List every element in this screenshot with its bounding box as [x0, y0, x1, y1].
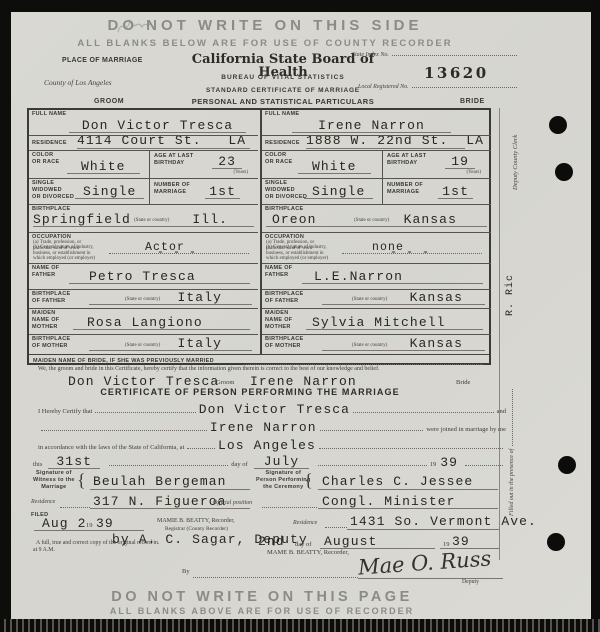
bride-occupation-row: OCCUPATION (a) Trade, profession, or par…	[262, 233, 491, 264]
fill-line	[34, 529, 144, 531]
punch-hole	[558, 456, 576, 474]
fill-line	[318, 463, 426, 466]
performer-brace: {	[304, 470, 313, 491]
particulars-table: FULL NAME Don Victor Tresca RESIDENCE 41…	[27, 108, 491, 365]
color-race-label: COLOR OR RACE	[32, 152, 59, 166]
groom-full-name-row: FULL NAME Don Victor Tresca	[29, 110, 258, 136]
fill-line	[244, 363, 483, 365]
groom-mother-row: MAIDEN NAME OF MOTHER Rosa Langiono	[29, 309, 258, 335]
fill-line	[73, 328, 250, 330]
certify-label: I Hereby Certify that	[38, 408, 92, 416]
fill-line	[187, 446, 215, 449]
groom-mother-birthplace-row: BIRTHPLACE OF MOTHER (State or country) …	[29, 335, 258, 354]
groom-signature-tag: Groom	[216, 379, 234, 387]
fill-line	[325, 526, 347, 528]
color-race-label: COLOR OR RACE	[265, 152, 292, 166]
bride-color-age-row: COLOR OR RACE White AGE AT LAST BIRTHDAY…	[262, 151, 491, 179]
fill-line	[89, 303, 252, 305]
bride-mother-birthplace-row: BIRTHPLACE OF MOTHER (State or country) …	[262, 335, 491, 354]
official-position-label: Official position	[213, 500, 252, 507]
mother-label: MAIDEN NAME OF MOTHER	[32, 310, 59, 331]
punch-hole	[549, 116, 567, 134]
state-or-country-note: (State or country)	[134, 218, 169, 224]
filled-out-vertical: Filled out in the presence of	[509, 386, 516, 516]
witness-signature-label: Signature of Witness to the Marriage	[33, 470, 75, 491]
deputy-caption: Deputy	[462, 579, 479, 586]
bottom-warning: DO NOT WRITE ON THIS PAGE	[57, 589, 467, 605]
maiden-name-label: MAIDEN NAME OF BRIDE, IF SHE WAS PREVIOU…	[33, 358, 214, 365]
fill-line	[358, 577, 503, 579]
fill-line	[302, 282, 483, 284]
recorder-residence: 1431 So. Vermont Ave.	[350, 515, 537, 528]
witness-residence-label: Residence	[31, 499, 55, 506]
groom-age: 23	[212, 155, 242, 169]
top-warning: DO NOT WRITE ON THIS SIDE	[60, 17, 470, 34]
father-label: NAME OF FATHER	[265, 265, 292, 279]
bride-column-header: BRIDE	[460, 98, 485, 107]
punch-hole	[547, 533, 565, 551]
joined-label: were joined in marriage by me	[426, 426, 506, 434]
fill-line	[322, 303, 485, 305]
recorder-name-line: MAMIE B. BEATTY, Recorder,	[157, 518, 235, 525]
by-label: By	[182, 568, 190, 576]
groom-color-age-row: COLOR OR RACE White AGE AT LAST BIRTHDAY…	[29, 151, 258, 179]
mother-birthplace-label: BIRTHPLACE OF MOTHER	[32, 336, 70, 350]
fill-line	[306, 328, 483, 330]
certificate-number: 13620	[424, 66, 489, 81]
father-label: NAME OF FATHER	[32, 265, 59, 279]
mother-birthplace-label: BIRTHPLACE OF MOTHER	[265, 336, 303, 350]
age-subcell: AGE AT LAST BIRTHDAY 23 (Years)	[149, 151, 258, 178]
fill-line	[90, 488, 250, 490]
bride-marital: Single	[304, 185, 373, 199]
groom-father-row: NAME OF FATHER Petro Tresca	[29, 264, 258, 290]
groom-marital-row: SINGLE WIDOWED OR DIVORCED Single NUMBER…	[29, 179, 258, 205]
years-note: (Years)	[234, 170, 249, 176]
joint-statement: We, the groom and bride in this Certific…	[38, 366, 380, 373]
fill-line	[318, 507, 498, 509]
fill-line	[109, 463, 228, 466]
punch-hole	[555, 163, 573, 181]
bottom-note: ALL BLANKS ABOVE ARE FOR USE OF RECORDER	[57, 606, 467, 616]
copy-day: 2nd	[258, 535, 285, 548]
bureau-line: BUREAU OF VITAL STATISTICS	[178, 74, 388, 82]
county-line: County of Los Angeles	[44, 78, 112, 87]
marital-label: SINGLE WIDOWED OR DIVORCED	[265, 180, 307, 201]
age-label: AGE AT LAST BIRTHDAY	[387, 153, 426, 167]
groom-father-birthplace-row: BIRTHPLACE OF FATHER (State or country) …	[29, 290, 258, 309]
father-birthplace-label: BIRTHPLACE OF FATHER	[32, 291, 70, 305]
bride-marriage-number: 1st	[438, 185, 473, 199]
full-name-label: FULL NAME	[265, 111, 299, 118]
fill-line	[465, 463, 503, 466]
bride-father-row: NAME OF FATHER L.E.Narron	[262, 264, 491, 290]
bride-age: 19	[445, 155, 475, 169]
marriage-year: 39	[440, 456, 458, 469]
groom-color: White	[67, 160, 140, 174]
performer-certificate-title: CERTIFICATE OF PERSON PERFORMING THE MAR…	[80, 388, 420, 397]
bride-color: White	[298, 160, 371, 174]
recorder-name-line-2: MAME B. BEATTY, Recorder,	[267, 549, 349, 557]
fill-line	[319, 446, 503, 449]
age-subcell: AGE AT LAST BIRTHDAY 19 (Years)	[382, 151, 491, 178]
bride-father-birthplace-row: BIRTHPLACE OF FATHER (State or country) …	[262, 290, 491, 309]
fill-line	[510, 389, 513, 446]
performer-name: Charles C. Jessee	[322, 475, 473, 488]
groom-column-header: GROOM	[94, 98, 124, 107]
residence-label: RESIDENCE	[32, 140, 67, 147]
margin-stamp-vertical: R. Ric	[506, 274, 516, 316]
marriage-number-subcell: NUMBER OF MARRIAGE 1st	[382, 179, 491, 204]
mother-label: MAIDEN NAME OF MOTHER	[265, 310, 292, 331]
bride-full-name-row: FULL NAME Irene Narron	[262, 110, 491, 136]
this-label: this	[33, 461, 42, 469]
years-note: (Years)	[467, 170, 482, 176]
fill-line	[262, 506, 317, 508]
residence-label: RESIDENCE	[265, 140, 300, 147]
witness-name: Beulah Bergeman	[93, 475, 227, 488]
standard-certificate-line: STANDARD CERTIFICATE OF MARRIAGE	[178, 87, 388, 95]
state-index-label: State Index No.	[352, 52, 389, 59]
fill-line	[69, 282, 250, 284]
scan-edge-right	[591, 0, 600, 632]
bride-residence-row: RESIDENCE 1888 W. 22nd St. LA	[262, 136, 491, 151]
fill-line	[347, 528, 499, 530]
groom-marriage-number: 1st	[205, 185, 240, 199]
margin-rule	[499, 108, 500, 560]
performer-signature-label: Signature of Person Performing the Cerem…	[256, 470, 311, 491]
local-registered-label: Local Registered No.	[358, 84, 409, 91]
groom-birthplace-row: BIRTHPLACE Springfield (State or country…	[29, 205, 258, 233]
groom-column: FULL NAME Don Victor Tresca RESIDENCE 41…	[29, 110, 258, 354]
full-name-label: FULL NAME	[32, 111, 66, 118]
groom-residence: 4114 Court St. LA	[77, 136, 250, 149]
day-of-label: day of	[231, 461, 247, 469]
place-of-marriage-label: PLACE OF MARRIAGE	[62, 57, 143, 66]
marriage-place: Los Angeles	[218, 439, 316, 452]
fill-line	[353, 410, 494, 413]
marriage-day: 31st	[48, 455, 100, 469]
fill-line	[60, 506, 90, 508]
bride-signature-tag: Bride	[456, 379, 470, 387]
bride-marital-row: SINGLE WIDOWED OR DIVORCED Single NUMBER…	[262, 179, 491, 205]
marriage-number-label: NUMBER OF MARRIAGE	[387, 182, 423, 196]
groom-industry: - - -	[157, 247, 197, 259]
state-or-country-note: (State or country)	[354, 218, 389, 224]
certified-name-1: Don Victor Tresca	[199, 403, 350, 416]
bride-birthplace-row: BIRTHPLACE Oreon (State or country) Kans…	[262, 205, 491, 233]
filled-out-label: Filled out in the presence of	[509, 449, 516, 516]
marital-label: SINGLE WIDOWED OR DIVORCED	[32, 180, 74, 201]
fill-line	[90, 507, 250, 509]
bride-industry: - - -	[390, 247, 430, 259]
year-prefix: 19	[430, 461, 437, 469]
occupation-b-label: (b) General nature of industry, business…	[266, 245, 328, 262]
fill-line	[322, 349, 485, 351]
fill-line	[318, 488, 498, 490]
recorder-residence-label: Residence	[293, 520, 317, 527]
occupation-b-label: (b) General nature of industry, business…	[33, 245, 95, 262]
certified-name-2: Irene Narron	[210, 421, 317, 434]
deputy-county-clerk-vertical: Deputy County Clerk	[512, 110, 520, 190]
marriage-month: July	[254, 455, 310, 469]
groom-marital: Single	[75, 185, 144, 199]
witness-brace: {	[77, 470, 86, 491]
accordance-label: in accordance with the laws of the State…	[38, 444, 184, 452]
father-birthplace-label: BIRTHPLACE OF FATHER	[265, 291, 303, 305]
fill-line	[193, 576, 358, 578]
marriage-number-subcell: NUMBER OF MARRIAGE 1st	[149, 179, 258, 204]
groom-occupation-row: OCCUPATION (a) Trade, profession, or par…	[29, 233, 258, 264]
fill-line	[41, 428, 207, 431]
marriage-number-label: NUMBER OF MARRIAGE	[154, 182, 190, 196]
bride-mother-row: MAIDEN NAME OF MOTHER Sylvia Mitchell	[262, 309, 491, 335]
copy-day-of-label: day of	[295, 541, 311, 549]
particulars-header: PERSONAL AND STATISTICAL PARTICULARS	[178, 97, 388, 106]
groom-residence-row: RESIDENCE 4114 Court St. LA	[29, 136, 258, 151]
fill-line	[320, 428, 424, 431]
age-label: AGE AT LAST BIRTHDAY	[154, 153, 193, 167]
fill-line	[392, 53, 517, 56]
scan-edge-bottom	[0, 619, 600, 632]
groom-full-name: Don Victor Tresca	[69, 119, 246, 133]
fill-line	[89, 349, 252, 351]
copy-time: at 9 A.M.	[33, 547, 55, 554]
fill-line	[412, 85, 517, 88]
bride-full-name: Irene Narron	[292, 119, 451, 133]
fill-line	[266, 225, 487, 227]
bride-column: FULL NAME Irene Narron RESIDENCE 1888 W.…	[260, 110, 491, 354]
top-note: ALL BLANKS BELOW ARE FOR USE OF COUNTY R…	[60, 38, 470, 49]
fill-line	[33, 225, 254, 227]
fill-line	[95, 410, 195, 413]
bride-residence: 1888 W. 22nd St. LA	[306, 136, 465, 149]
scanned-marriage-certificate: { "stamps": { "top_line1": "DO NOT WRITE…	[0, 0, 600, 632]
